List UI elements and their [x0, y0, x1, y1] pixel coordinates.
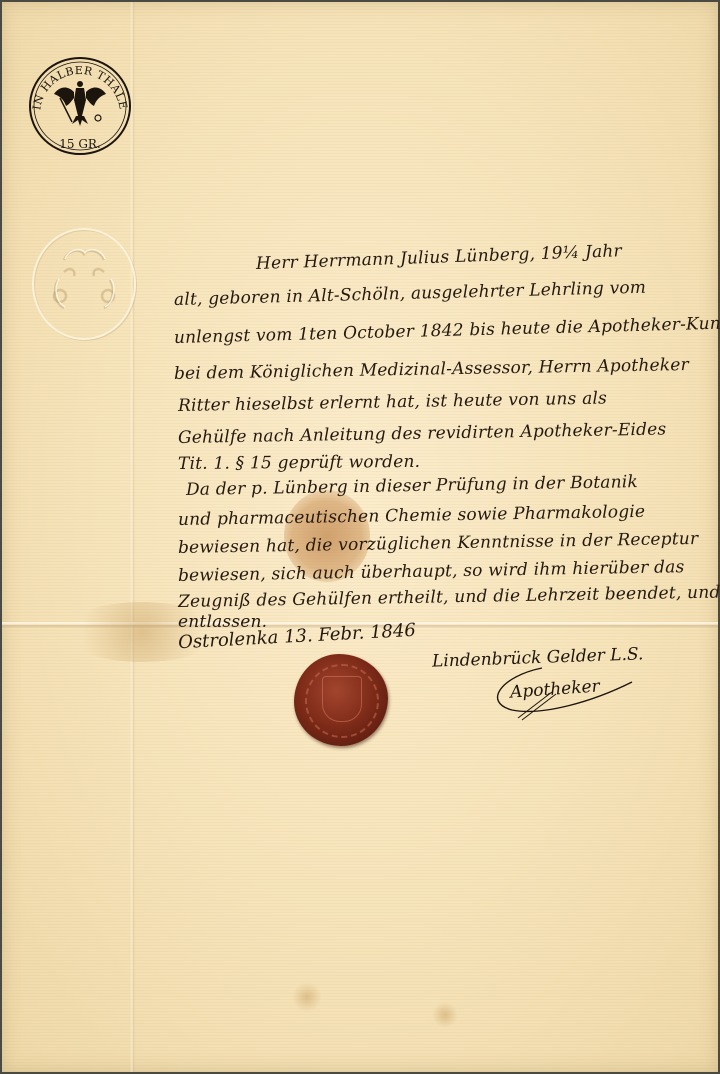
paper-stain	[292, 982, 322, 1012]
text-line: alt, geboren in Alt-Schöln, ausgelehrter…	[174, 278, 647, 310]
crowned-monogram-icon	[34, 230, 134, 338]
text-line: Herr Herrmann Julius Lünberg, 19¼ Jahr	[256, 241, 623, 274]
text-line: Ritter hieselbst erlernt hat, ist heute …	[178, 389, 607, 416]
seal-crest-icon	[322, 676, 362, 722]
text-line: unlengst vom 1ten October 1842 bis heute…	[174, 313, 720, 348]
svg-text:15 GR.: 15 GR.	[59, 137, 101, 151]
text-line: Tit. 1. § 15 geprüft worden.	[178, 452, 420, 474]
paper-stain	[432, 1002, 458, 1028]
document-page: EIN HALBER THALER 15 GR.	[2, 2, 718, 1072]
embossed-seal	[32, 228, 136, 340]
text-line: und pharmaceutischen Chemie sowie Pharma…	[178, 502, 646, 530]
text-line: Zeugniß des Gehülfen ertheilt, und die L…	[178, 583, 720, 612]
text-line: bei dem Königlichen Medizinal-Assessor, …	[174, 355, 689, 384]
text-line: bewiesen hat, die vorzüglichen Kenntniss…	[178, 529, 699, 558]
revenue-stamp: EIN HALBER THALER 15 GR.	[26, 54, 134, 158]
text-line: Da der p. Lünberg in dieser Prüfung in d…	[186, 472, 638, 500]
signature-flourish-icon	[482, 662, 662, 722]
text-line: Gehülfe nach Anleitung des revidirten Ap…	[178, 419, 667, 448]
prussian-eagle-icon: EIN HALBER THALER 15 GR.	[26, 54, 134, 158]
text-line: bewiesen, sich auch überhaupt, so wird i…	[178, 557, 685, 586]
vertical-fold-line	[130, 2, 135, 1072]
red-wax-seal	[294, 654, 388, 746]
